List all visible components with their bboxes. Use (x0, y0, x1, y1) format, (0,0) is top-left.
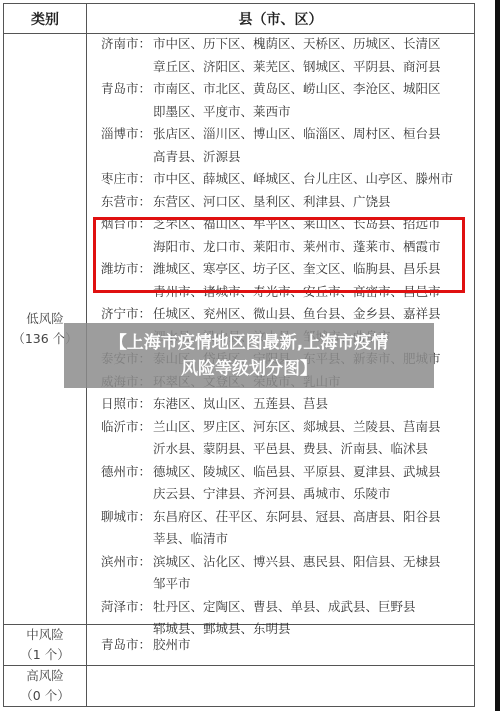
list-item: 沂水县、蒙阴县、平邑县、费县、沂南县、临沭县 (101, 438, 453, 461)
district-list: 章丘区、济阳区、莱芜区、钢城区、平阴县、商河县 (153, 56, 441, 79)
city-name: 临沂市： (101, 416, 153, 439)
category-medium-risk: 中风险 （1 个） (4, 625, 86, 665)
district-list: 邹平市 (153, 573, 191, 596)
list-item: 即墨区、平度市、莱西市 (101, 101, 453, 124)
district-list: 芝罘区、福山区、牟平区、莱山区、长岛县、招远市 (153, 213, 441, 236)
list-item: 德州市：德城区、陵城区、临邑县、平原县、夏津县、武城县 (101, 461, 453, 484)
list-item: 高青县、沂源县 (101, 146, 453, 169)
image-border (495, 0, 500, 711)
caption-overlay: 【上海市疫情地区图最新,上海市疫情 风险等级划分图】 (64, 323, 434, 388)
city-name: 东营市： (101, 191, 153, 214)
list-item: 淄博市：张店区、淄川区、博山区、临淄区、周村区、桓台县 (101, 123, 453, 146)
caption-line-1: 【上海市疫情地区图最新,上海市疫情 (110, 330, 388, 356)
city-name: 青岛市： (101, 634, 153, 657)
category-label: 高风险 (26, 666, 64, 686)
list-item: 海阳市、龙口市、莱阳市、莱州市、蓬莱市、栖霞市 (101, 236, 453, 259)
list-item: 滨州市：滨城区、沾化区、博兴县、惠民县、阳信县、无棣县 (101, 551, 453, 574)
district-list: 高青县、沂源县 (153, 146, 241, 169)
city-name: 枣庄市： (101, 168, 153, 191)
district-list: 张店区、淄川区、博山区、临淄区、周村区、桓台县 (153, 123, 441, 146)
category-label: 低风险 (26, 309, 64, 329)
district-list: 市南区、市北区、黄岛区、崂山区、李沧区、城阳区 (153, 78, 441, 101)
list-item: 章丘区、济阳区、莱芜区、钢城区、平阴县、商河县 (101, 56, 453, 79)
district-list: 莘县、临清市 (153, 528, 228, 551)
district-list: 庆云县、宁津县、齐河县、禹城市、乐陵市 (153, 483, 391, 506)
list-item: 枣庄市：市中区、薛城区、峄城区、台儿庄区、山亭区、滕州市 (101, 168, 453, 191)
list-item: 日照市：东港区、岚山区、五莲县、莒县 (101, 393, 453, 416)
city-name: 烟台市： (101, 213, 153, 236)
caption-line-2: 风险等级划分图】 (181, 356, 317, 382)
district-list: 德城区、陵城区、临邑县、平原县、夏津县、武城县 (153, 461, 441, 484)
city-name: 德州市： (101, 461, 153, 484)
city-name: 淄博市： (101, 123, 153, 146)
list-item: 邹平市 (101, 573, 453, 596)
district-list: 海阳市、龙口市、莱阳市、莱州市、蓬莱市、栖霞市 (153, 236, 441, 259)
city-name: 聊城市： (101, 506, 153, 529)
list-item: 青岛市：胶州市 (101, 634, 191, 657)
list-item: 菏泽市：牡丹区、定陶区、曹县、单县、成武县、巨野县 (101, 596, 453, 619)
list-item: 青岛市：市南区、市北区、黄岛区、崂山区、李沧区、城阳区 (101, 78, 453, 101)
city-name: 日照市： (101, 393, 153, 416)
district-list: 东营区、河口区、垦利区、利津县、广饶县 (153, 191, 391, 214)
city-name: 滨州市： (101, 551, 153, 574)
district-list: 即墨区、平度市、莱西市 (153, 101, 291, 124)
city-name: 菏泽市： (101, 596, 153, 619)
city-name: 潍坊市： (101, 258, 153, 281)
list-item: 聊城市：东昌府区、茌平区、东阿县、冠县、高唐县、阳谷县 (101, 506, 453, 529)
category-count: （1 个） (20, 645, 69, 665)
district-list: 东昌府区、茌平区、东阿县、冠县、高唐县、阳谷县 (153, 506, 441, 529)
document-image: 类别 县（市、区） 低风险 （136 个） 中风险 （1 个） 高风险 （0 个… (0, 0, 500, 711)
list-item: 莘县、临清市 (101, 528, 453, 551)
list-item: 济南市：市中区、历下区、槐荫区、天桥区、历城区、长清区 (101, 33, 453, 56)
city-name: 济南市： (101, 33, 153, 56)
district-list: 市中区、薛城区、峄城区、台儿庄区、山亭区、滕州市 (153, 168, 453, 191)
list-item: 潍坊市：潍城区、寒亭区、坊子区、奎文区、临朐县、昌乐县 (101, 258, 453, 281)
category-count: （0 个） (20, 686, 69, 706)
list-item: 东营市：东营区、河口区、垦利区、利津县、广饶县 (101, 191, 453, 214)
district-list: 兰山区、罗庄区、河东区、郯城县、兰陵县、莒南县 (153, 416, 441, 439)
list-item: 青州市、诸城市、寿光市、安丘市、高密市、昌邑市 (101, 281, 453, 304)
district-list: 东港区、岚山区、五莲县、莒县 (153, 393, 328, 416)
district-list: 沂水县、蒙阴县、平邑县、费县、沂南县、临沭县 (153, 438, 428, 461)
header-category: 类别 (4, 4, 86, 33)
list-item: 庆云县、宁津县、齐河县、禹城市、乐陵市 (101, 483, 453, 506)
list-item: 烟台市：芝罘区、福山区、牟平区、莱山区、长岛县、招远市 (101, 213, 453, 236)
list-item: 临沂市：兰山区、罗庄区、河东区、郯城县、兰陵县、莒南县 (101, 416, 453, 439)
city-name: 青岛市： (101, 78, 153, 101)
header-counties: 县（市、区） (87, 4, 474, 33)
district-list: 牡丹区、定陶区、曹县、单县、成武县、巨野县 (153, 596, 416, 619)
district-list: 青州市、诸城市、寿光市、安丘市、高密市、昌邑市 (153, 281, 441, 304)
category-high-risk: 高风险 （0 个） (4, 666, 86, 706)
medium-risk-list: 青岛市：胶州市 (101, 634, 191, 657)
district-list: 胶州市 (153, 634, 191, 657)
district-list: 滨城区、沾化区、博兴县、惠民县、阳信县、无棣县 (153, 551, 441, 574)
district-list: 市中区、历下区、槐荫区、天桥区、历城区、长清区 (153, 33, 441, 56)
district-list: 潍城区、寒亭区、坊子区、奎文区、临朐县、昌乐县 (153, 258, 441, 281)
category-label: 中风险 (26, 625, 64, 645)
